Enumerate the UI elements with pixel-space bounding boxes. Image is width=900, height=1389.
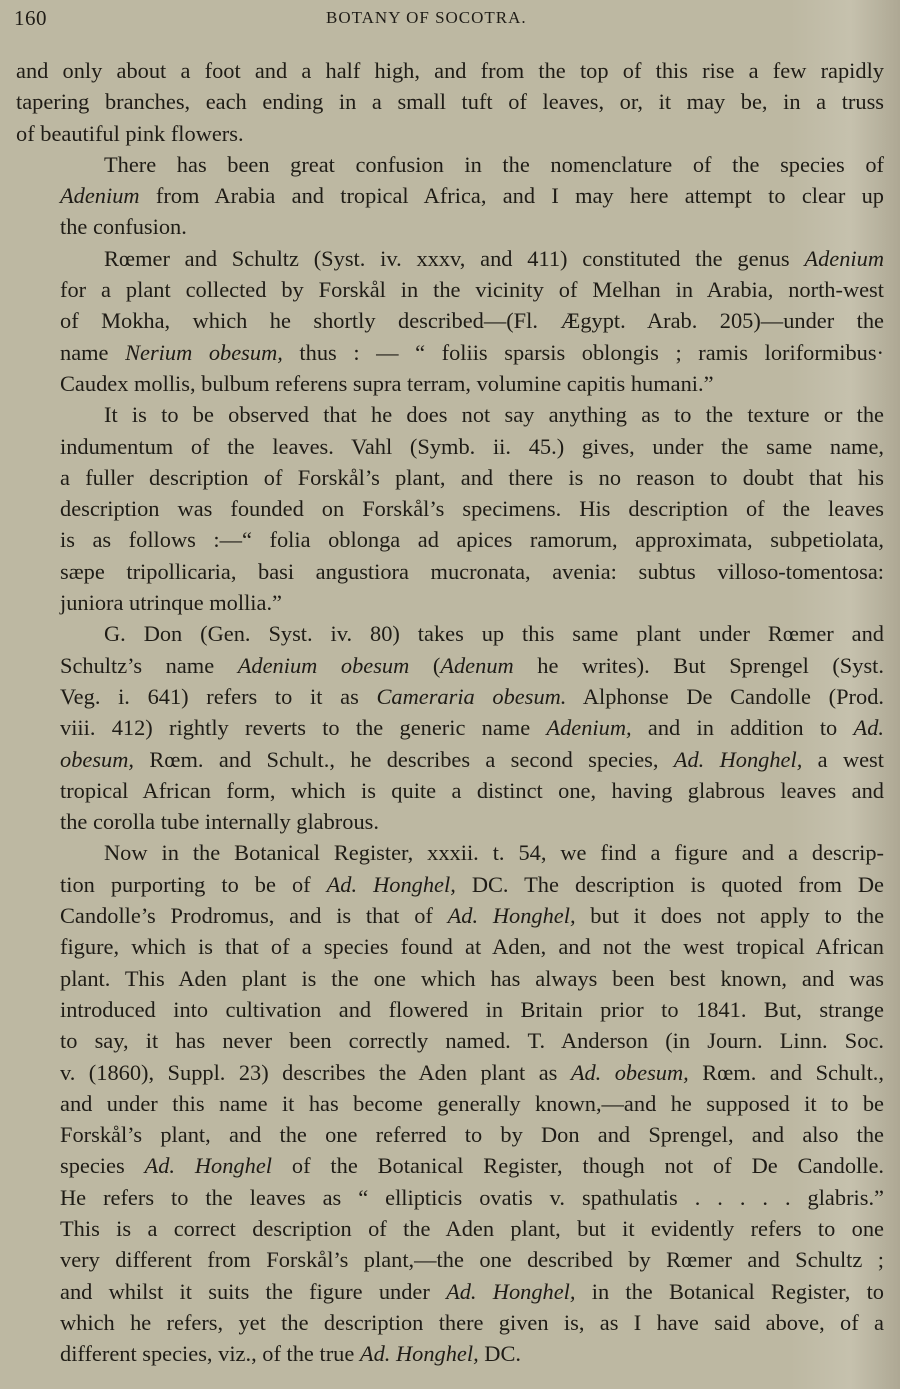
- text-run: of beautiful pink flowers.: [16, 121, 244, 146]
- text-line: It is to be observed that he does not sa…: [16, 399, 884, 430]
- text-line: description was founded on Forskål’s spe…: [16, 493, 884, 524]
- paragraph: Rœmer and Schultz (Syst. iv. xxxv, and 4…: [16, 243, 884, 399]
- text-run: G. Don (Gen. Syst. iv. 80) takes up this…: [104, 621, 884, 646]
- italic-taxon: Ad. Honghel,: [446, 1279, 575, 1304]
- text-run: in the Botanical Register, to: [575, 1279, 884, 1304]
- text-line: figure, which is that of a species found…: [16, 931, 884, 962]
- text-run: Rœm. and Schult., he describes a second …: [134, 747, 674, 772]
- text-run: juniora utrinque mollia.”: [60, 590, 282, 615]
- text-run: Veg. i. 641) refers to it as: [60, 684, 376, 709]
- text-run: thus : — “ foliis sparsis oblongis ; ram…: [283, 340, 884, 365]
- text-run: from Arabia and tropical Africa, and I m…: [140, 183, 884, 208]
- text-run: indumentum of the leaves. Vahl (Symb. ii…: [60, 434, 884, 459]
- text-run: different species, viz., of the true: [60, 1341, 360, 1366]
- text-line: v. (1860), Suppl. 23) describes the Aden…: [16, 1057, 884, 1088]
- italic-taxon: Adenum: [440, 653, 513, 678]
- italic-taxon: Adenium: [60, 183, 140, 208]
- text-run: is as follows :—“ folia oblonga ad apice…: [60, 527, 884, 552]
- text-run: and under this name it has become genera…: [60, 1091, 884, 1116]
- text-run: he writes). But Sprengel (Syst.: [514, 653, 884, 678]
- text-line: of Mokha, which he shortly described—(Fl…: [16, 305, 884, 336]
- text-line: and under this name it has become genera…: [16, 1088, 884, 1119]
- italic-taxon: Cameraria obesum.: [376, 684, 566, 709]
- text-line: species Ad. Honghel of the Botanical Reg…: [16, 1150, 884, 1181]
- italic-taxon: Adenium,: [546, 715, 631, 740]
- running-head: 160 BOTANY OF SOCOTRA.: [14, 6, 882, 30]
- text-line: the confusion.: [16, 211, 884, 242]
- text-run: to say, it has never been correctly name…: [60, 1028, 884, 1053]
- text-line: This is a correct description of the Ade…: [16, 1213, 884, 1244]
- text-run: of Mokha, which he shortly described—(Fl…: [60, 308, 884, 333]
- text-run: Schultz’s name: [60, 653, 238, 678]
- text-line: There has been great confusion in the no…: [16, 149, 884, 180]
- italic-taxon: Ad. Honghel: [145, 1153, 272, 1178]
- italic-taxon: Ad. Honghel,: [448, 903, 576, 928]
- text-line: G. Don (Gen. Syst. iv. 80) takes up this…: [16, 618, 884, 649]
- text-run: Forskål’s plant, and the one referred to…: [60, 1122, 884, 1147]
- text-line: a fuller description of Forskål’s plant,…: [16, 462, 884, 493]
- italic-taxon: Ad. Honghel,: [327, 872, 456, 897]
- text-run: and whilst it suits the figure under: [60, 1279, 446, 1304]
- text-run: and in addition to: [632, 715, 854, 740]
- text-run: the corolla tube internally glabrous.: [60, 809, 379, 834]
- text-run: tion purporting to be of: [60, 872, 327, 897]
- paragraph: Now in the Botanical Register, xxxii. t.…: [16, 837, 884, 1369]
- text-line: Rœmer and Schultz (Syst. iv. xxxv, and 4…: [16, 243, 884, 274]
- text-line: Adenium from Arabia and tropical Africa,…: [16, 180, 884, 211]
- text-line: different species, viz., of the true Ad.…: [16, 1338, 884, 1369]
- text-line: tropical African form, which is quite a …: [16, 775, 884, 806]
- text-run: tropical African form, which is quite a …: [60, 778, 884, 803]
- body-text: and only about a foot and a half high, a…: [16, 55, 884, 1369]
- text-run: name: [60, 340, 125, 365]
- italic-taxon: Ad. Honghel,: [360, 1341, 479, 1366]
- paragraph: There has been great confusion in the no…: [16, 149, 884, 243]
- text-run: DC. The description is quoted from De: [456, 872, 884, 897]
- text-line: Now in the Botanical Register, xxxii. t.…: [16, 837, 884, 868]
- text-run: Candolle’s Prodromus, and is that of: [60, 903, 448, 928]
- text-line: plant. This Aden plant is the one which …: [16, 963, 884, 994]
- text-run: introduced into cultivation and flowered…: [60, 997, 884, 1022]
- text-line: the corolla tube internally glabrous.: [16, 806, 884, 837]
- text-run: Now in the Botanical Register, xxxii. t.…: [104, 840, 884, 865]
- text-run: which he refers, yet the description the…: [60, 1310, 884, 1335]
- text-run: for a plant collected by Forskål in the …: [60, 277, 884, 302]
- text-line: sæpe tripollicaria, basi angustiora mucr…: [16, 556, 884, 587]
- text-run: but it does not apply to the: [576, 903, 884, 928]
- text-line: Caudex mollis, bulbum referens supra ter…: [16, 368, 884, 399]
- italic-taxon: obesum,: [60, 747, 134, 772]
- text-line: Candolle’s Prodromus, and is that of Ad.…: [16, 900, 884, 931]
- text-run: v. (1860), Suppl. 23) describes the Aden…: [60, 1060, 571, 1085]
- text-line: Forskål’s plant, and the one referred to…: [16, 1119, 884, 1150]
- text-line: for a plant collected by Forskål in the …: [16, 274, 884, 305]
- text-run: viii. 412) rightly reverts to the generi…: [60, 715, 546, 740]
- text-line: Veg. i. 641) refers to it as Cameraria o…: [16, 681, 884, 712]
- running-title: BOTANY OF SOCOTRA.: [326, 8, 527, 28]
- italic-taxon: Ad. Honghel,: [674, 747, 803, 772]
- text-line: introduced into cultivation and flowered…: [16, 994, 884, 1025]
- text-run: species: [60, 1153, 145, 1178]
- text-line: and only about a foot and a half high, a…: [16, 55, 884, 86]
- page-number: 160: [14, 6, 47, 31]
- italic-taxon: Ad. obesum,: [571, 1060, 689, 1085]
- text-run: very different from Forskål’s plant,—the…: [60, 1247, 884, 1272]
- text-run: Rœm. and Schult.,: [689, 1060, 884, 1085]
- text-line: tion purporting to be of Ad. Honghel, DC…: [16, 869, 884, 900]
- text-run: It is to be observed that he does not sa…: [104, 402, 884, 427]
- italic-taxon: Ad.: [854, 715, 884, 740]
- text-run: a west: [802, 747, 884, 772]
- paragraph: G. Don (Gen. Syst. iv. 80) takes up this…: [16, 618, 884, 837]
- text-run: figure, which is that of a species found…: [60, 934, 884, 959]
- text-run: He refers to the leaves as “ ellipticis …: [60, 1185, 884, 1210]
- text-run: This is a correct description of the Ade…: [60, 1216, 884, 1241]
- italic-taxon: Nerium obesum,: [125, 340, 283, 365]
- text-run: the confusion.: [60, 214, 187, 239]
- text-line: and whilst it suits the figure under Ad.…: [16, 1276, 884, 1307]
- paragraph: and only about a foot and a half high, a…: [16, 55, 884, 149]
- text-run: Rœmer and Schultz (Syst. iv. xxxv, and 4…: [104, 246, 804, 271]
- text-line: viii. 412) rightly reverts to the generi…: [16, 712, 884, 743]
- text-run: plant. This Aden plant is the one which …: [60, 966, 884, 991]
- text-run: DC.: [479, 1341, 521, 1366]
- italic-taxon: Adenium: [804, 246, 884, 271]
- text-line: is as follows :—“ folia oblonga ad apice…: [16, 524, 884, 555]
- text-run: and only about a foot and a half high, a…: [16, 58, 884, 83]
- text-line: Schultz’s name Adenium obesum (Adenum he…: [16, 650, 884, 681]
- text-run: description was founded on Forskål’s spe…: [60, 496, 884, 521]
- text-line: name Nerium obesum, thus : — “ foliis sp…: [16, 337, 884, 368]
- text-line: tapering branches, each ending in a smal…: [16, 86, 884, 117]
- text-line: He refers to the leaves as “ ellipticis …: [16, 1182, 884, 1213]
- text-line: indumentum of the leaves. Vahl (Symb. ii…: [16, 431, 884, 462]
- text-run: Alphonse De Candolle (Prod.: [566, 684, 884, 709]
- text-line: very different from Forskål’s plant,—the…: [16, 1244, 884, 1275]
- text-line: juniora utrinque mollia.”: [16, 587, 884, 618]
- text-run: of the Botanical Register, though not of…: [272, 1153, 884, 1178]
- text-run: sæpe tripollicaria, basi angustiora mucr…: [60, 559, 884, 584]
- paragraph: It is to be observed that he does not sa…: [16, 399, 884, 618]
- text-run: (: [409, 653, 440, 678]
- text-line: to say, it has never been correctly name…: [16, 1025, 884, 1056]
- text-line: obesum, Rœm. and Schult., he describes a…: [16, 744, 884, 775]
- text-line: which he refers, yet the description the…: [16, 1307, 884, 1338]
- text-run: There has been great confusion in the no…: [104, 152, 884, 177]
- text-run: tapering branches, each ending in a smal…: [16, 89, 884, 114]
- text-run: a fuller description of Forskål’s plant,…: [60, 465, 884, 490]
- italic-taxon: Adenium obesum: [238, 653, 410, 678]
- text-line: of beautiful pink flowers.: [16, 118, 884, 149]
- text-run: Caudex mollis, bulbum referens supra ter…: [60, 371, 714, 396]
